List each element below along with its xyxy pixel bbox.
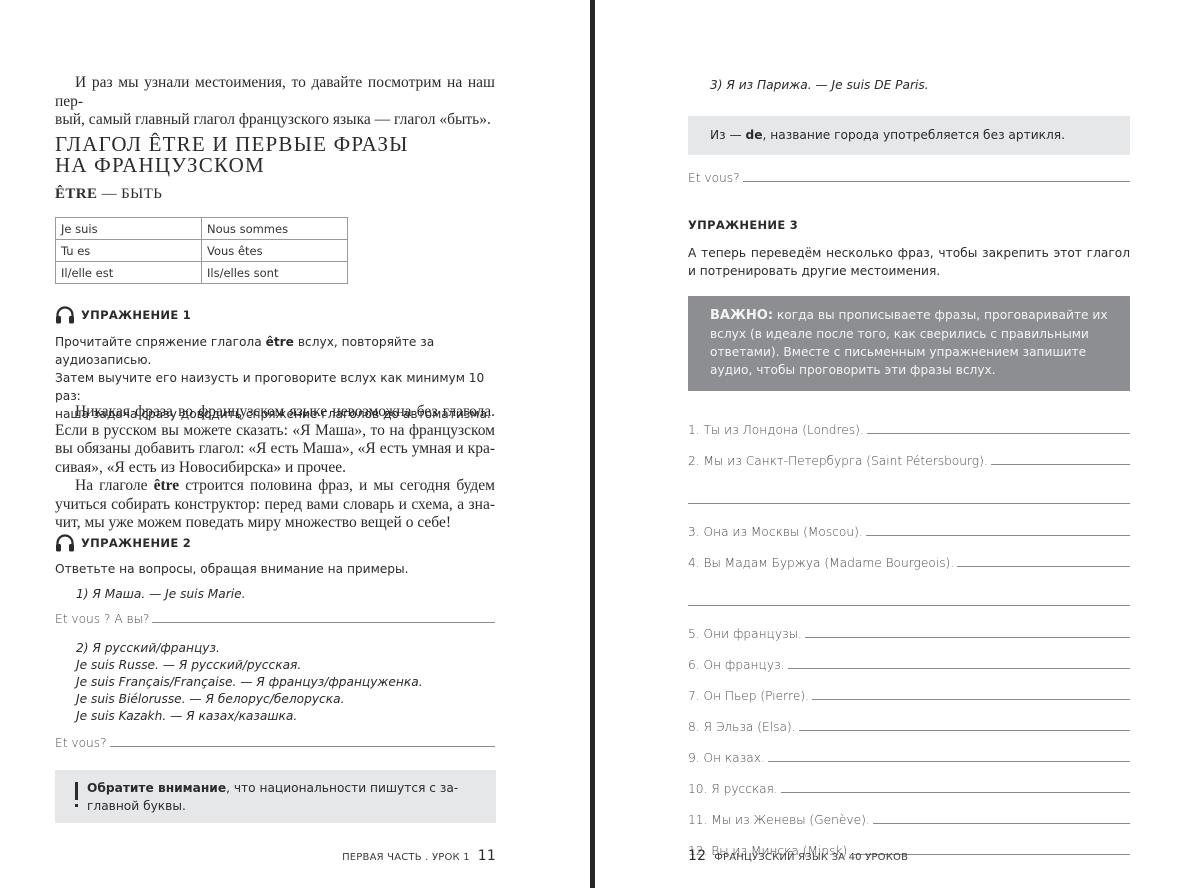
conjugation-cell: Tu es (56, 240, 202, 262)
note-text: Обратите внимание, что национальности пи… (87, 779, 458, 815)
example-line: Je suis Kazakh. — Я казах/казашка. (76, 708, 423, 725)
section-title-line-1: ГЛАГОЛ ÊTRE И ПЕРВЫЕ ФРАЗЫ (55, 134, 409, 155)
intro-line-2: вый, самый главный глагол французского я… (55, 111, 495, 130)
translation-prompt: 8. Я Эльза (Elsa). (688, 720, 796, 734)
headphones-icon (55, 306, 75, 324)
answer-label: Et vous? (55, 736, 107, 750)
conjugation-cell: Il/elle est (56, 262, 202, 284)
paragraph-line: вы обязаны добавить глагол: «Я есть Маша… (55, 440, 495, 459)
translation-prompt: 9. Он казах. (688, 751, 765, 765)
important-line: ответами). Вместе с письменным упражнени… (710, 343, 1108, 361)
translation-item[interactable]: 2. Мы из Санкт-Петербурга (Saint Pétersb… (688, 445, 1130, 468)
exercise-2-heading: УПРАЖНЕНИЕ 2 (55, 534, 191, 552)
exercise-1-line-2: Затем выучите его наизусть и проговорите… (55, 369, 500, 405)
important-line: аудио, чтобы проговорить эти фразы вслух… (710, 361, 1108, 379)
translation-item[interactable]: 5. Они французы. (688, 618, 1130, 641)
bold-term: être (266, 335, 294, 349)
conjugation-cell: Vous êtes (202, 240, 348, 262)
translation-item[interactable]: 1. Ты из Лондона (Londres). (688, 414, 1130, 437)
answer-line[interactable] (991, 464, 1130, 465)
important-box: ВАЖНО: когда вы прописываете фразы, прог… (688, 296, 1130, 391)
paragraph-line: Если в русском вы можете сказать: «Я Маш… (55, 422, 495, 441)
answer-line[interactable] (743, 181, 1130, 182)
note-box: Обратите внимание, что национальности пи… (55, 770, 496, 823)
example-line: Je suis Biélorusse. — Я белорус/белоруск… (76, 691, 423, 708)
translation-item[interactable]: 3. Она из Москвы (Moscou). (688, 516, 1130, 539)
translation-prompt: 6. Он француз. (688, 658, 785, 672)
translation-item[interactable]: 4. Вы Мадам Буржуа (Madame Bourgeois). (688, 547, 1130, 570)
intro-paragraph: И раз мы узнали местоимения, то давайте … (55, 74, 495, 130)
answer-line[interactable] (805, 637, 1130, 638)
answer-line[interactable] (812, 699, 1130, 700)
answer-line[interactable] (873, 823, 1130, 824)
exercise-3-title: УПРАЖНЕНИЕ 3 (688, 218, 798, 232)
exercise-2-example-2: 2) Я русский/француз. Je suis Russe. — Я… (76, 640, 423, 725)
translation-prompt: 2. Мы из Санкт-Петербурга (Saint Pétersb… (688, 454, 988, 468)
right-footer: 12 ФРАНЦУЗСКИЙ ЯЗЫК ЗА 40 УРОКОВ (688, 848, 908, 864)
intro-line-1: И раз мы узнали местоимения, то давайте … (55, 74, 495, 110)
paragraph-line: сивая», «Я есть из Новосибирска» и проче… (55, 459, 495, 478)
headphones-icon (55, 534, 75, 552)
exercise-1-line-1: Прочитайте спряжение глагола être вслух,… (55, 333, 500, 369)
bold-term: être (154, 477, 180, 494)
exercise-1-heading: УПРАЖНЕНИЕ 1 (55, 306, 191, 324)
answer-field-3[interactable]: Et vous? (688, 171, 1130, 185)
important-label: ВАЖНО: (710, 308, 773, 323)
extra-answer-line[interactable] (688, 578, 1130, 606)
translation-prompt: 1. Ты из Лондона (Londres). (688, 423, 864, 437)
conjugation-table: Je suisNous sommesTu esVous êtesIl/elle … (55, 217, 348, 284)
verb-heading: ÊTRE — БЫТЬ (55, 186, 162, 203)
intro-line: и потренировать другие местоимения. (688, 262, 1130, 280)
conjugation-row: Il/elle estIls/elles sont (56, 262, 348, 284)
text-segment: Прочитайте спряжение глагола (55, 335, 266, 349)
answer-label: Et vous ? А вы? (55, 612, 149, 626)
translation-prompt: 10. Я русская. (688, 782, 778, 796)
intro-line: А теперь переведём несколько фраз, чтобы… (688, 244, 1130, 262)
answer-line[interactable] (866, 535, 1130, 536)
translation-prompt: 3. Она из Москвы (Moscou). (688, 525, 863, 539)
answer-line[interactable] (957, 566, 1130, 567)
verb-heading-verb: ÊTRE (55, 186, 97, 202)
running-header: ПЕРВАЯ ЧАСТЬ . УРОК 1 (342, 852, 470, 863)
answer-line[interactable] (152, 622, 495, 623)
note-line-1: , что национальности пишутся с за- (226, 781, 458, 795)
translation-prompt: 7. Он Пьер (Pierre). (688, 689, 809, 703)
section-title-line-2: НА ФРАНЦУЗСКОМ (55, 155, 409, 176)
important-text: ВАЖНО: когда вы прописываете фразы, прог… (710, 306, 1108, 379)
text-segment: Из — (710, 128, 746, 142)
answer-line[interactable] (768, 761, 1130, 762)
de-note-box: Из — de, название города употребляется б… (688, 116, 1130, 155)
example-line: Je suis Français/Française. — Я француз/… (76, 674, 423, 691)
extra-answer-line[interactable] (688, 476, 1130, 504)
important-line: когда вы прописываете фразы, проговарива… (773, 308, 1108, 322)
text-segment: , название города употребляется без арти… (763, 128, 1065, 142)
note-line-2: главной буквы. (87, 797, 458, 815)
running-header: ФРАНЦУЗСКИЙ ЯЗЫК ЗА 40 УРОКОВ (714, 852, 908, 863)
paragraph-line: строится половина фраз, и мы сегодня буд… (179, 477, 495, 494)
answer-line[interactable] (110, 746, 495, 747)
exercise-2-example-1: 1) Я Маша. — Je suis Marie. (76, 586, 246, 603)
bold-term: de (746, 128, 763, 142)
important-line: вслух (в идеале после того, как сверилис… (710, 325, 1108, 343)
example-line: Je suis Russe. — Я русский/русская. (76, 657, 423, 674)
answer-line[interactable] (867, 433, 1130, 434)
page-number: 11 (478, 848, 496, 864)
exercise-1-title: УПРАЖНЕНИЕ 1 (81, 308, 191, 322)
paragraph-line: Никакая фраза во французском языке невоз… (75, 403, 495, 420)
left-footer: ПЕРВАЯ ЧАСТЬ . УРОК 1 11 (342, 848, 496, 864)
answer-line[interactable] (799, 730, 1130, 731)
translation-item[interactable]: 7. Он Пьер (Pierre). (688, 680, 1130, 703)
page-number: 12 (688, 848, 706, 864)
translation-prompt: 5. Они французы. (688, 627, 802, 641)
answer-field-1[interactable]: Et vous ? А вы? (55, 612, 495, 626)
answer-label: Et vous? (688, 171, 740, 185)
exercise-2-example-3: 3) Я из Парижа. — Je suis DE Paris. (710, 77, 929, 94)
translation-prompt: 11. Мы из Женевы (Genève). (688, 813, 870, 827)
conjugation-row: Tu esVous êtes (56, 240, 348, 262)
answer-field-2[interactable]: Et vous? (55, 736, 495, 750)
conjugation-cell: Nous sommes (202, 218, 348, 240)
exercise-3-intro: А теперь переведём несколько фраз, чтобы… (688, 244, 1130, 280)
translation-prompt: 4. Вы Мадам Буржуа (Madame Bourgeois). (688, 556, 954, 570)
exclamation-icon (75, 782, 78, 800)
section-title: ГЛАГОЛ ÊTRE И ПЕРВЫЕ ФРАЗЫ НА ФРАНЦУЗСКО… (55, 134, 409, 176)
exercise-3-list: 1. Ты из Лондона (Londres).2. Мы из Санк… (688, 414, 1130, 866)
translation-item[interactable]: 6. Он француз. (688, 649, 1130, 672)
conjugation-row: Je suisNous sommes (56, 218, 348, 240)
paragraph-line: На глаголе (75, 477, 154, 494)
de-note-text: Из — de, название города употребляется б… (710, 126, 1065, 144)
answer-line[interactable] (788, 668, 1131, 669)
paragraph-line: учиться собирать конструктор: перед вами… (55, 496, 495, 515)
translation-item[interactable]: 11. Мы из Женевы (Genève). (688, 804, 1130, 827)
translation-item[interactable]: 9. Он казах. (688, 742, 1130, 765)
translation-item[interactable]: 10. Я русская. (688, 773, 1130, 796)
verb-explanation-paragraph: Никакая фраза во французском языке невоз… (55, 403, 495, 533)
verb-heading-translation: — БЫТЬ (97, 186, 162, 202)
exclamation-dot (75, 804, 78, 807)
conjugation-cell: Ils/elles sont (202, 262, 348, 284)
answer-line[interactable] (781, 792, 1130, 793)
translation-item[interactable]: 8. Я Эльза (Elsa). (688, 711, 1130, 734)
book-spine (590, 0, 595, 888)
note-bold: Обратите внимание (87, 781, 226, 795)
exercise-2-title: УПРАЖНЕНИЕ 2 (81, 536, 191, 550)
conjugation-cell: Je suis (56, 218, 202, 240)
paragraph-line: чит, мы уже можем поведать миру множеств… (55, 514, 495, 533)
example-line: 2) Я русский/француз. (76, 640, 423, 657)
exercise-2-instruction: Ответьте на вопросы, обращая внимание на… (55, 560, 409, 578)
